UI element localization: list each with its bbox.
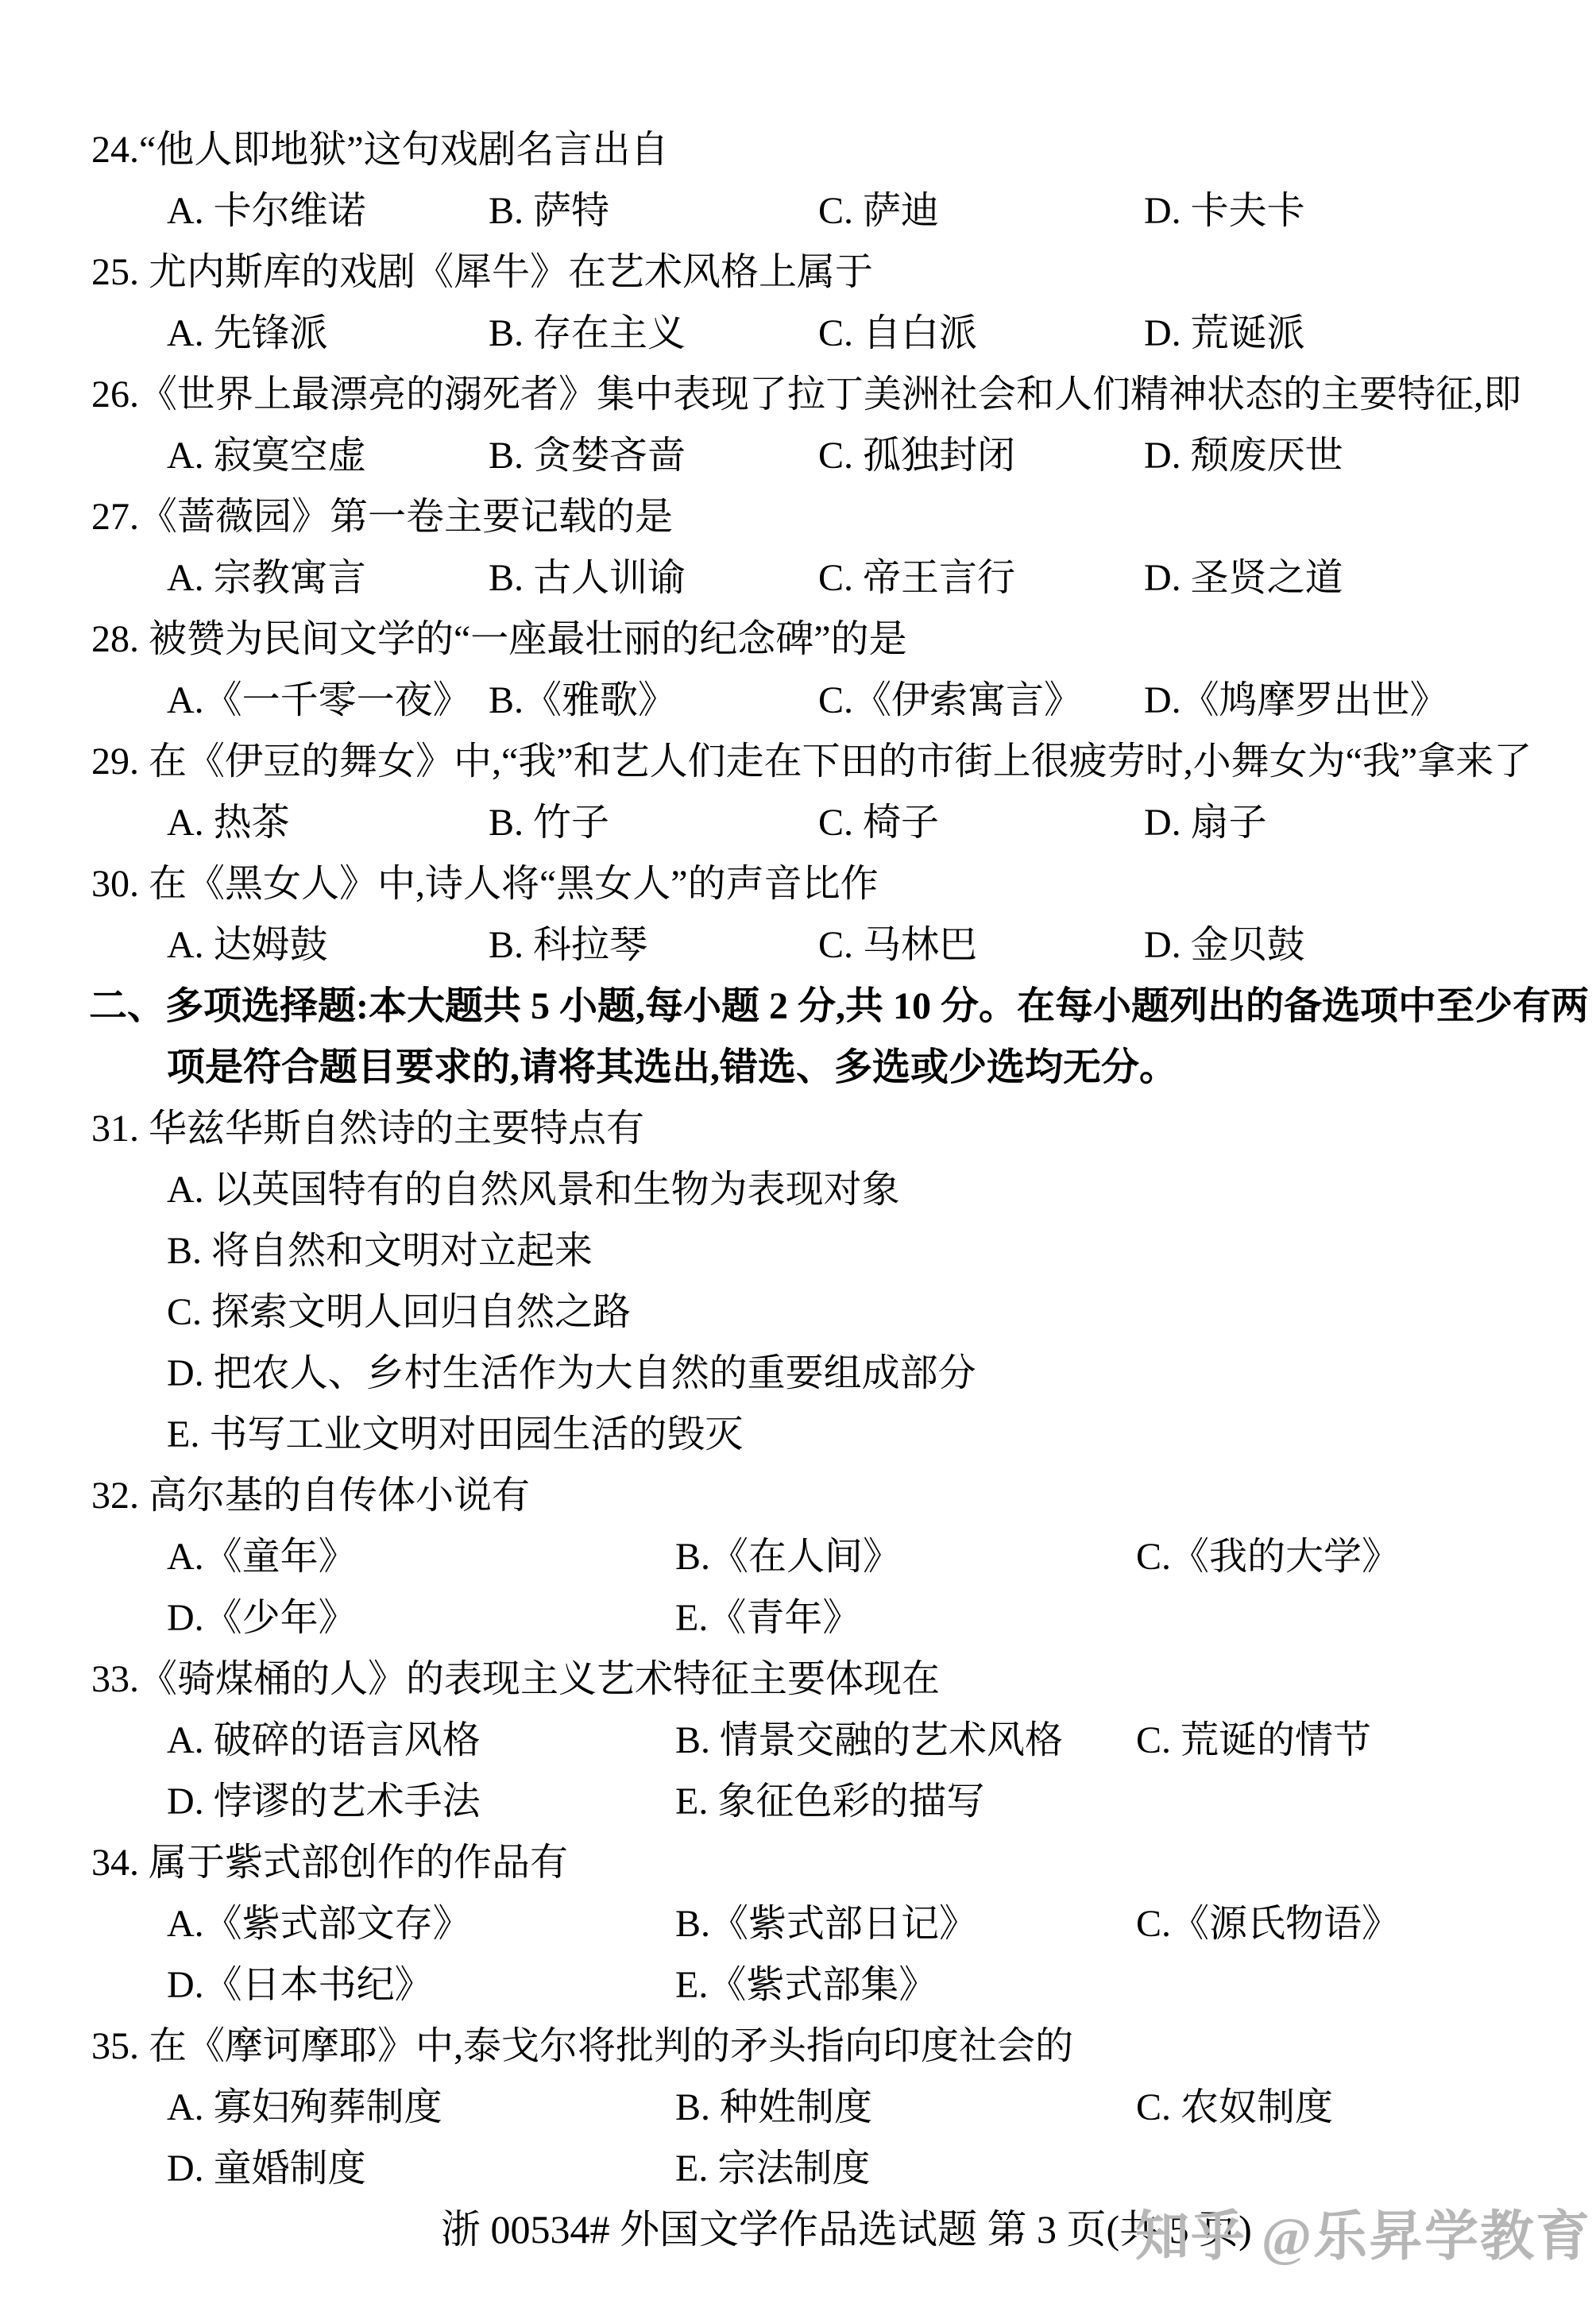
question-33-option-d: D. 悖谬的艺术手法 (167, 1771, 675, 1832)
question-25-option-d: D. 荒诞派 (1144, 303, 1305, 364)
question-26-option-a: A. 寂寞空虚 (167, 425, 489, 486)
question-35-option-a: A. 寡妇殉葬制度 (167, 2077, 675, 2138)
question-28-option-d: D.《鸠摩罗出世》 (1144, 670, 1448, 731)
question-31-option-d: D. 把农人、乡村生活作为大自然的重要组成部分 (0, 1343, 1596, 1404)
question-35-option-d: D. 童婚制度 (167, 2138, 675, 2199)
question-25-options: A. 先锋派 B. 存在主义 C. 自白派 D. 荒诞派 (0, 303, 1596, 364)
question-32-options-row-1: A.《童年》 B.《在人间》 C.《我的大学》 (0, 1526, 1596, 1587)
question-33-option-a: A. 破碎的语言风格 (167, 1710, 675, 1771)
question-27-option-a: A. 宗教寓言 (167, 547, 489, 609)
question-30-options: A. 达姆鼓 B. 科拉琴 C. 马林巴 D. 金贝鼓 (0, 914, 1596, 976)
question-31-option-a: A. 以英国特有的自然风景和生物为表现对象 (0, 1159, 1596, 1220)
question-32-option-d: D.《少年》 (167, 1587, 675, 1649)
question-30-option-d: D. 金贝鼓 (1144, 914, 1305, 976)
question-33-stem: 33.《骑煤桶的人》的表现主义艺术特征主要体现在 (0, 1649, 1596, 1710)
question-32-option-a: A.《童年》 (167, 1526, 675, 1587)
question-34-option-a: A.《紫式部文存》 (167, 1893, 675, 1954)
question-32-option-c: C.《我的大学》 (1136, 1526, 1400, 1587)
question-31-option-c: C. 探索文明人回归自然之路 (0, 1282, 1596, 1343)
question-27-option-b: B. 古人训谕 (489, 547, 818, 609)
question-26-stem: 26.《世界上最漂亮的溺死者》集中表现了拉丁美洲社会和人们精神状态的主要特征,即 (0, 364, 1596, 425)
question-35-options-row-1: A. 寡妇殉葬制度 B. 种姓制度 C. 农奴制度 (0, 2077, 1596, 2138)
question-34-options-row-2: D.《日本书纪》 E.《紫式部集》 (0, 1954, 1596, 2016)
question-30-option-b: B. 科拉琴 (489, 914, 818, 976)
question-31-option-e: E. 书写工业文明对田园生活的毁灭 (0, 1404, 1596, 1465)
section-2-header-line-2: 项是符合题目要求的,请将其选出,错选、多选或少选均无分。 (0, 1037, 1596, 1098)
question-28-option-c: C.《伊索寓言》 (818, 670, 1144, 731)
question-34-option-b: B.《紫式部日记》 (675, 1893, 1136, 1954)
question-29-stem: 29. 在《伊豆的舞女》中,“我”和艺人们走在下田的市街上很疲劳时,小舞女为“我… (0, 731, 1596, 792)
question-35-option-c: C. 农奴制度 (1136, 2077, 1333, 2138)
question-34-option-e: E.《紫式部集》 (675, 1954, 937, 2016)
question-34-options-row-1: A.《紫式部文存》 B.《紫式部日记》 C.《源氏物语》 (0, 1893, 1596, 1954)
question-29-options: A. 热茶 B. 竹子 C. 椅子 D. 扇子 (0, 792, 1596, 853)
question-33-options-row-2: D. 悖谬的艺术手法 E. 象征色彩的描写 (0, 1771, 1596, 1832)
question-24-option-a: A. 卡尔维诺 (167, 180, 489, 242)
question-31-stem: 31. 华兹华斯自然诗的主要特点有 (0, 1098, 1596, 1159)
question-32-option-e: E.《青年》 (675, 1587, 860, 1649)
question-25-option-b: B. 存在主义 (489, 303, 818, 364)
question-35-options-row-2: D. 童婚制度 E. 宗法制度 (0, 2138, 1596, 2199)
question-29-option-b: B. 竹子 (489, 792, 818, 853)
question-26-option-d: D. 颓废厌世 (1144, 425, 1343, 486)
question-25-stem: 25. 尤内斯库的戏剧《犀牛》在艺术风格上属于 (0, 242, 1596, 303)
question-25-option-c: C. 自白派 (818, 303, 1144, 364)
question-34-stem: 34. 属于紫式部创作的作品有 (0, 1832, 1596, 1893)
question-29-option-a: A. 热茶 (167, 792, 489, 853)
question-33-option-c: C. 荒诞的情节 (1136, 1710, 1371, 1771)
question-31-option-b: B. 将自然和文明对立起来 (0, 1220, 1596, 1282)
question-24-option-d: D. 卡夫卡 (1144, 180, 1305, 242)
question-28-options: A.《一千零一夜》 B.《雅歌》 C.《伊索寓言》 D.《鸠摩罗出世》 (0, 670, 1596, 731)
question-28-option-a: A.《一千零一夜》 (167, 670, 489, 731)
question-25-option-a: A. 先锋派 (167, 303, 489, 364)
question-30-option-c: C. 马林巴 (818, 914, 1144, 976)
question-32-stem: 32. 高尔基的自传体小说有 (0, 1465, 1596, 1526)
question-32-option-b: B.《在人间》 (675, 1526, 1136, 1587)
question-24-options: A. 卡尔维诺 B. 萨特 C. 萨迪 D. 卡夫卡 (0, 180, 1596, 242)
question-24-stem: 24.“他人即地狱”这句戏剧名言出自 (0, 119, 1596, 180)
question-27-options: A. 宗教寓言 B. 古人训谕 C. 帝王言行 D. 圣贤之道 (0, 547, 1596, 609)
exam-page: 24.“他人即地狱”这句戏剧名言出自 A. 卡尔维诺 B. 萨特 C. 萨迪 D… (0, 0, 1596, 2304)
question-27-option-c: C. 帝王言行 (818, 547, 1144, 609)
question-34-option-d: D.《日本书纪》 (167, 1954, 675, 2016)
question-27-option-d: D. 圣贤之道 (1144, 547, 1343, 609)
question-29-option-d: D. 扇子 (1144, 792, 1267, 853)
question-30-stem: 30. 在《黑女人》中,诗人将“黑女人”的声音比作 (0, 853, 1596, 914)
watermark: 知乎 @乐昇学教育 (1135, 2194, 1591, 2271)
question-26-options: A. 寂寞空虚 B. 贪婪吝啬 C. 孤独封闭 D. 颓废厌世 (0, 425, 1596, 486)
question-26-option-c: C. 孤独封闭 (818, 425, 1144, 486)
question-35-stem: 35. 在《摩诃摩耶》中,泰戈尔将批判的矛头指向印度社会的 (0, 2016, 1596, 2077)
question-33-options-row-1: A. 破碎的语言风格 B. 情景交融的艺术风格 C. 荒诞的情节 (0, 1710, 1596, 1771)
section-2-header-line-1: 二、多项选择题:本大题共 5 小题,每小题 2 分,共 10 分。在每小题列出的… (0, 976, 1596, 1037)
question-28-stem: 28. 被赞为民间文学的“一座最壮丽的纪念碑”的是 (0, 609, 1596, 670)
question-30-option-a: A. 达姆鼓 (167, 914, 489, 976)
question-33-option-b: B. 情景交融的艺术风格 (675, 1710, 1136, 1771)
question-32-options-row-2: D.《少年》 E.《青年》 (0, 1587, 1596, 1649)
question-33-option-e: E. 象征色彩的描写 (675, 1771, 984, 1832)
question-28-option-b: B.《雅歌》 (489, 670, 818, 731)
question-29-option-c: C. 椅子 (818, 792, 1144, 853)
question-26-option-b: B. 贪婪吝啬 (489, 425, 818, 486)
question-35-option-b: B. 种姓制度 (675, 2077, 1136, 2138)
question-24-option-c: C. 萨迪 (818, 180, 1144, 242)
question-27-stem: 27.《蔷薇园》第一卷主要记载的是 (0, 486, 1596, 547)
footer-page-info: 浙 00534# 外国文学作品选试题 第 3 页(共 5 页) (441, 2207, 1252, 2252)
question-35-option-e: E. 宗法制度 (675, 2138, 870, 2199)
question-34-option-c: C.《源氏物语》 (1136, 1893, 1400, 1954)
question-24-option-b: B. 萨特 (489, 180, 818, 242)
